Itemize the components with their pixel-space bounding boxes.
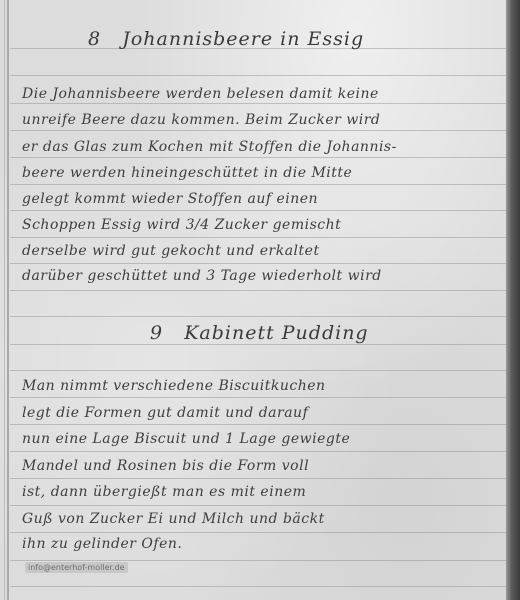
handwritten-line: derselbe wird gut gekocht und erkaltet <box>22 243 320 259</box>
ruled-line <box>10 75 508 76</box>
handwritten-line: unreife Beere dazu kommen. Beim Zucker w… <box>22 112 380 128</box>
page-edge-shadow <box>506 0 520 600</box>
ruled-line <box>10 344 508 345</box>
manuscript-page: 8 Johannisbeere in Essig Die Johannisbee… <box>0 0 508 600</box>
handwritten-line: gelegt kommt wieder Stoffen auf einen <box>22 191 318 207</box>
ruled-line <box>10 237 508 238</box>
section-9-heading: 9 Kabinett Pudding <box>150 322 369 344</box>
ruled-line <box>10 130 508 131</box>
ruled-line <box>10 397 508 398</box>
ruled-line <box>10 505 508 506</box>
ruled-line <box>10 103 508 104</box>
ruled-line <box>10 560 508 561</box>
ruled-line <box>10 370 508 371</box>
left-margin-rule <box>7 0 9 600</box>
handwritten-line: legt die Formen gut damit und darauf <box>22 405 308 421</box>
handwritten-line: nun eine Lage Biscuit und 1 Lage gewiegt… <box>22 431 350 447</box>
handwritten-line: Guß von Zucker Ei und Milch und bäckt <box>22 511 325 527</box>
ruled-line <box>10 532 508 533</box>
section-title: Johannisbeere in Essig <box>122 28 364 50</box>
handwritten-line: ihn zu gelinder Ofen. <box>22 536 182 552</box>
handwritten-line: beere werden hineingeschüttet in die Mit… <box>22 165 352 181</box>
handwritten-line: Mandel und Rosinen bis die Form voll <box>22 458 309 474</box>
watermark: info@enterhof-moller.de <box>25 562 128 573</box>
handwritten-line: Die Johannisbeere werden belesen damit k… <box>22 86 379 102</box>
section-8-heading: 8 Johannisbeere in Essig <box>88 28 364 50</box>
section-title: Kabinett Pudding <box>184 322 368 344</box>
section-number: 8 <box>88 28 101 50</box>
handwritten-line: Schoppen Essig wird 3/4 Zucker gemischt <box>22 217 341 233</box>
ruled-line <box>10 157 508 158</box>
binding-edge <box>4 0 5 600</box>
ruled-line <box>10 263 508 264</box>
ruled-line <box>10 478 508 479</box>
ruled-line <box>10 451 508 452</box>
ruled-line <box>10 290 508 291</box>
ruled-line <box>10 210 508 211</box>
handwritten-line: ist, dann übergießt man es mit einem <box>22 484 306 500</box>
section-number: 9 <box>150 322 163 344</box>
handwritten-line: er das Glas zum Kochen mit Stoffen die J… <box>22 139 397 155</box>
ruled-line <box>10 316 508 317</box>
ruled-line <box>10 586 508 587</box>
handwritten-line: darüber geschüttet und 3 Tage wiederholt… <box>22 268 382 284</box>
handwritten-line: Man nimmt verschiedene Biscuitkuchen <box>22 378 326 394</box>
ruled-line <box>10 424 508 425</box>
ruled-line <box>10 184 508 185</box>
